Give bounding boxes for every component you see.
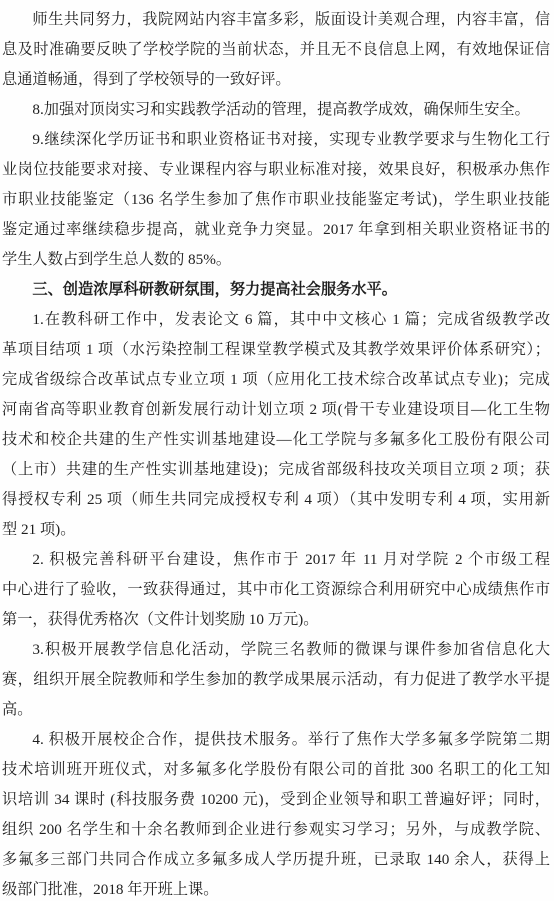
text-line: 级部门批准，2018 年开班上课。 [2, 875, 550, 901]
text-line: 多氟多三部门共同合作成立多氟多成人学历提升班，已录取 140 余人，获得上 [2, 845, 550, 875]
text-line: 学生人数占到学生总人数的 85%。 [2, 245, 550, 275]
text-line: 中心进行了验收，一致获得通过，其中市化工资源综合利用研究中心成绩焦作市 [2, 575, 550, 605]
text-line: 完成省级综合改革试点专业立项 1 项（应用化工技术综合改革试点专业)；完成 [2, 365, 550, 395]
text-line: 8.加强对顶岗实习和实践教学活动的管理，提高教学成效，确保师生安全。 [2, 95, 550, 125]
text-line: 得授权专利 25 项（师生共同完成授权专利 4 项）（其中发明专利 4 项，实用… [2, 485, 550, 515]
paragraph: 4. 积极开展校企合作，提供技术服务。举行了焦作大学多氟多学院第二期技术培训班开… [2, 725, 550, 901]
text-line: 息及时准确要反映了学校学院的当前状态，并且无不良信息上网，有效地保证信 [2, 35, 550, 65]
text-line: 1.在教科研工作中，发表论文 6 篇，其中中文核心 1 篇；完成省级教学改 [2, 305, 550, 335]
text-line: 鉴定通过率继续稳步提高，就业竞争力突显。2017 年拿到相关职业资格证书的 [2, 215, 550, 245]
text-line: 组织 200 名学生和十余名教师到企业进行参观实习学习；另外，与成教学院、 [2, 815, 550, 845]
text-line: 高。 [2, 695, 550, 725]
text-line: 市职业技能鉴定（136 名学生参加了焦作市职业技能鉴定考试)，学生职业技能 [2, 185, 550, 215]
paragraph: 师生共同努力，我院网站内容丰富多彩，版面设计美观合理，内容丰富，信息及时准确要反… [2, 5, 550, 95]
text-line: 技术和校企共建的生产性实训基地建设—化工学院与多氟多化工股份有限公司 [2, 425, 550, 455]
text-line: 三、创造浓厚科研教研氛围，努力提高社会服务水平。 [2, 275, 550, 305]
text-line: 2. 积极完善科研平台建设，焦作市于 2017 年 11 月对学院 2 个市级工… [2, 545, 550, 575]
text-line: 赛，组织开展全院教师和学生参加的教学成果展示活动，有力促进了教学水平提 [2, 665, 550, 695]
text-line: 息通道畅通，得到了学校领导的一致好评。 [2, 65, 550, 95]
paragraph: 9.继续深化学历证书和职业资格证书对接，实现专业教学要求与生物化工行业岗位技能要… [2, 125, 550, 275]
text-line: 河南省高等职业教育创新发展行动计划立项 2 项(骨干专业建设项目—化工生物 [2, 395, 550, 425]
paragraph: 1.在教科研工作中，发表论文 6 篇，其中中文核心 1 篇；完成省级教学改革项目… [2, 305, 550, 545]
paragraph: 2. 积极完善科研平台建设，焦作市于 2017 年 11 月对学院 2 个市级工… [2, 545, 550, 635]
text-line: 技术培训班开班仪式，对多氟多化学股份有限公司的首批 300 名职工的化工知 [2, 755, 550, 785]
text-line: 师生共同努力，我院网站内容丰富多彩，版面设计美观合理，内容丰富，信 [2, 5, 550, 35]
text-line: 9.继续深化学历证书和职业资格证书对接，实现专业教学要求与生物化工行 [2, 125, 550, 155]
document-body: 师生共同努力，我院网站内容丰富多彩，版面设计美观合理，内容丰富，信息及时准确要反… [2, 5, 550, 901]
text-line: 业岗位技能要求对接、专业课程内容与职业标准对接，效果良好，积极承办焦作 [2, 155, 550, 185]
text-line: 识培训 34 课时 (科技服务费 10200 元)，受到企业领导和职工普遍好评；… [2, 785, 550, 815]
text-line: 革项目结项 1 项（水污染控制工程课堂教学模式及其教学效果评价体系研究）； [2, 335, 550, 365]
text-line: （上市）共建的生产性实训基地建设)；完成省部级科技攻关项目立项 2 项；获 [2, 455, 550, 485]
text-line: 型 21 项)。 [2, 515, 550, 545]
text-line: 4. 积极开展校企合作，提供技术服务。举行了焦作大学多氟多学院第二期 [2, 725, 550, 755]
text-line: 3.积极开展教学信息化活动，学院三名教师的微课与课件参加省信息化大 [2, 635, 550, 665]
paragraph: 8.加强对顶岗实习和实践教学活动的管理，提高教学成效，确保师生安全。 [2, 95, 550, 125]
section-heading: 三、创造浓厚科研教研氛围，努力提高社会服务水平。 [2, 275, 550, 305]
paragraph: 3.积极开展教学信息化活动，学院三名教师的微课与课件参加省信息化大赛，组织开展全… [2, 635, 550, 725]
document-page: 师生共同努力，我院网站内容丰富多彩，版面设计美观合理，内容丰富，信息及时准确要反… [0, 0, 554, 901]
text-line: 第一，获得优秀格次（文件计划奖励 10 万元)。 [2, 605, 550, 635]
